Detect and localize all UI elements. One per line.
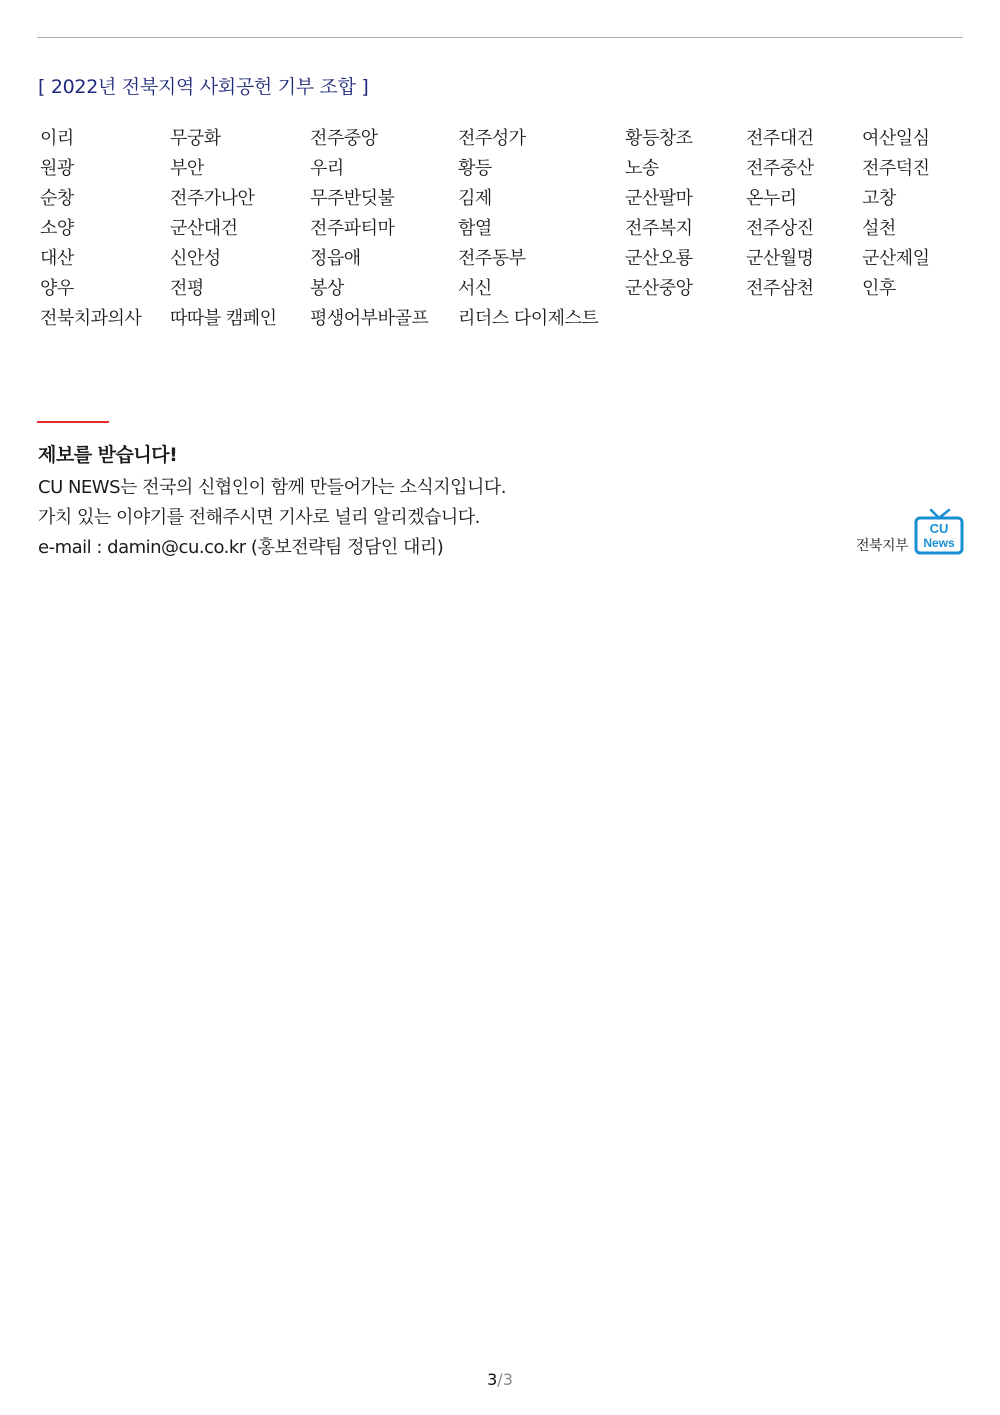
tip-heading: 제보를 받습니다! [38, 440, 177, 467]
donor-name: 무주반딧불 [310, 184, 394, 214]
donor-name: 군산월명 [746, 244, 814, 274]
donor-name: 평생어부바골프 [310, 304, 428, 334]
donor-name: 여산일심 [862, 124, 930, 154]
donor-name: 전주복지 [625, 214, 693, 244]
donor-name: 군산대건 [170, 214, 238, 244]
donor-name: 군산중앙 [625, 274, 693, 304]
donor-name: 우리 [310, 154, 344, 184]
total-pages: /3 [497, 1370, 513, 1389]
donor-name: 전주삼천 [746, 274, 814, 304]
logo-news-text: News [923, 536, 955, 550]
donor-name: 전주가나안 [170, 184, 254, 214]
donor-name: 무궁화 [170, 124, 221, 154]
donor-name: 전주중앙 [310, 124, 378, 154]
donor-name: 군산팔마 [625, 184, 693, 214]
section-title: [ 2022년 전북지역 사회공헌 기부 조합 ] [38, 72, 369, 99]
donor-name: 대산 [40, 244, 74, 274]
contact-email-line: e-mail : damin@cu.co.kr (홍보전략팀 정담인 대리) [38, 533, 443, 559]
accent-divider [37, 421, 109, 423]
donor-name: 전평 [170, 274, 204, 304]
cu-news-tv-logo-icon: CU News [913, 508, 965, 556]
donor-name: 양우 [40, 274, 74, 304]
current-page: 3 [487, 1370, 497, 1389]
tip-text-line: CU NEWS는 전국의 신협인이 함께 만들어가는 소식지입니다. [38, 473, 506, 499]
donor-name: 군산오룡 [625, 244, 693, 274]
branch-label: 전북지부 [856, 535, 908, 555]
donor-name: 전주상진 [746, 214, 814, 244]
donor-name: 정읍애 [310, 244, 361, 274]
donor-name: 황등 [458, 154, 492, 184]
donor-name: 부안 [170, 154, 204, 184]
donor-name: 함열 [458, 214, 492, 244]
donor-name: 전주중산 [746, 154, 814, 184]
donor-name: 설천 [862, 214, 896, 244]
donor-name: 전주파티마 [310, 214, 394, 244]
donor-name: 김제 [458, 184, 492, 214]
donor-name: 전주대건 [746, 124, 814, 154]
donor-name: 노송 [625, 154, 659, 184]
donor-name: 순창 [40, 184, 74, 214]
donor-name: 황등창조 [625, 124, 693, 154]
donor-name: 전주덕진 [862, 154, 930, 184]
donor-name: 전주동부 [458, 244, 526, 274]
donor-name: 전주성가 [458, 124, 526, 154]
donor-name: 따따블 캠페인 [170, 304, 277, 334]
donor-name: 이리 [40, 124, 74, 154]
donor-name: 인후 [862, 274, 896, 304]
donor-name: 전북치과의사 [40, 304, 141, 334]
page-number: 3/3 [0, 1370, 1000, 1389]
donor-name: 원광 [40, 154, 74, 184]
top-divider [37, 37, 963, 38]
logo-cu-text: CU [930, 521, 949, 536]
donor-name: 리더스 다이제스트 [458, 304, 598, 334]
donor-name: 서신 [458, 274, 492, 304]
donor-name: 군산제일 [862, 244, 930, 274]
donor-name: 신안성 [170, 244, 221, 274]
donor-name: 봉상 [310, 274, 344, 304]
donor-name: 소양 [40, 214, 74, 244]
donor-name: 온누리 [746, 184, 797, 214]
tip-text-line: 가치 있는 이야기를 전해주시면 기사로 널리 알리겠습니다. [38, 503, 480, 529]
donor-name: 고창 [862, 184, 896, 214]
